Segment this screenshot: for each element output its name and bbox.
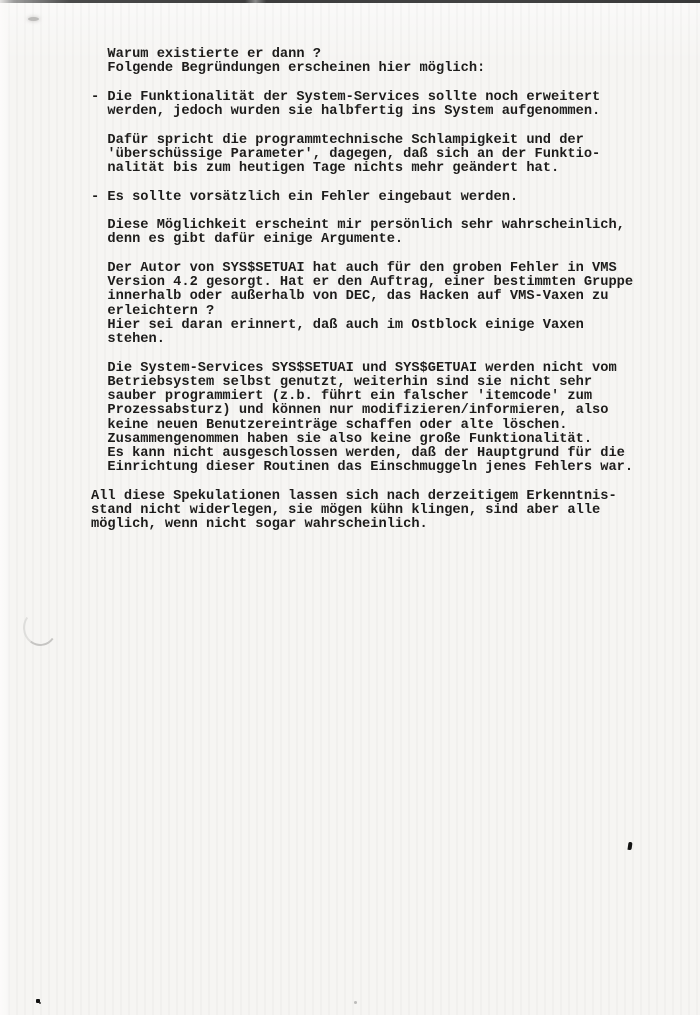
ink-mark-right xyxy=(627,842,632,850)
document-text: Warum existierte er dann ? Folgende Begr… xyxy=(91,48,633,533)
ink-speck-bottom-center xyxy=(354,1001,357,1004)
scan-top-edge-line xyxy=(0,0,700,3)
ink-speck-bottom-left xyxy=(36,999,40,1003)
paper-left-edge xyxy=(0,0,10,1015)
hole-punch-mark-middle xyxy=(21,608,60,648)
hole-punch-mark-top xyxy=(28,17,39,21)
scanned-page: Warum existierte er dann ? Folgende Begr… xyxy=(0,0,700,1015)
